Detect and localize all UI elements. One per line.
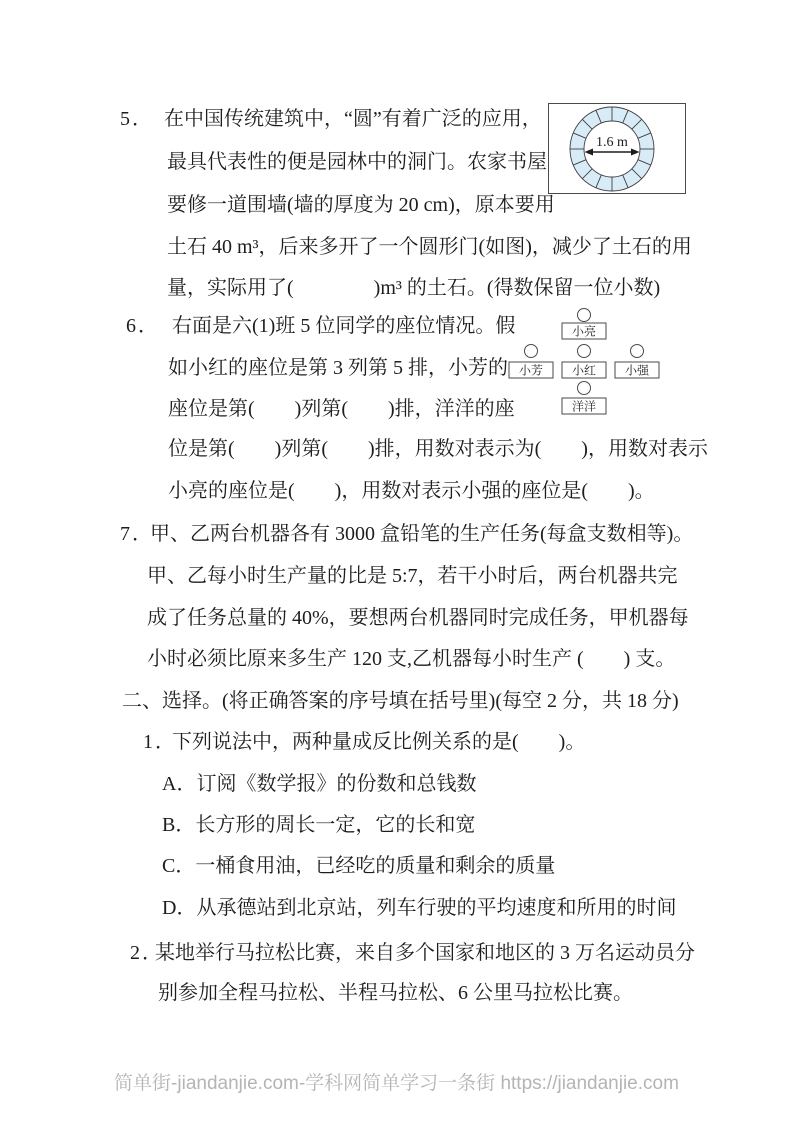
seat-diagram: 小亮 小芳 小红 小强 洋洋	[500, 300, 700, 422]
door-figure: 1.6 m	[548, 103, 686, 194]
q6-line-4: 位是第( )列第( )排，用数对表示为( )，用数对表示	[168, 436, 708, 462]
c2-line-2: 别参加全程马拉松、半程马拉松、6 公里马拉松比赛。	[158, 980, 633, 1006]
q5-line-4: 土石 40 m³，后来多开了一个圆形门(如图)，减少了土石的用	[167, 234, 692, 260]
c1-choice-d: D．从承德站到北京站，列车行驶的平均速度和所用的时间	[162, 895, 676, 921]
q5-line-3: 要修一道围墙(墙的厚度为 20 cm)，原本要用	[167, 192, 555, 218]
q6-line-2: 如小红的座位是第 3 列第 5 排，小芳的	[168, 355, 508, 381]
door-diameter-label: 1.6 m	[596, 135, 628, 150]
q6-line-1: 右面是六(1)班 5 位同学的座位情况。假	[172, 313, 515, 339]
q5-line-5: 量，实际用了( )m³ 的土石。(得数保留一位小数)	[167, 275, 660, 301]
q6-line-3: 座位是第( )列第( )排，洋洋的座	[168, 396, 515, 422]
seat-label-xiaohong: 小红	[572, 364, 596, 378]
q5-line-1: 在中国传统建筑中，“圆”有着广泛的应用，	[164, 106, 542, 132]
exam-page: 5． 在中国传统建筑中，“圆”有着广泛的应用， 最具代表性的便是园林中的洞门。农…	[0, 0, 793, 1122]
q7-line-3: 成了任务总量的 40%，要想两台机器同时完成任务，甲机器每	[147, 605, 689, 631]
seat-circle	[525, 345, 538, 358]
q5-line-2: 最具代表性的便是园林中的洞门。农家书屋	[167, 149, 547, 175]
seat-label-xiaoliang: 小亮	[572, 325, 596, 339]
c2-line-1: 某地举行马拉松比赛，来自多个国家和地区的 3 万名运动员分	[155, 940, 695, 966]
c1-choice-b: B．长方形的周长一定，它的长和宽	[162, 812, 475, 838]
c1-choice-a: A．订阅《数学报》的份数和总钱数	[162, 771, 476, 797]
q6-line-5: 小亮的座位是( )，用数对表示小强的座位是( )。	[168, 478, 655, 504]
q7-line-4: 小时必须比原来多生产 120 支,乙机器每小时生产 ( ) 支。	[147, 646, 675, 672]
section2-header: 二、选择。(将正确答案的序号填在括号里)(每空 2 分，共 18 分)	[122, 688, 679, 714]
q7-number: 7．	[120, 521, 154, 547]
seat-circle	[578, 309, 591, 322]
seat-label-xiaoqiang: 小强	[625, 364, 650, 378]
c1-text: 下列说法中，两种量成反比例关系的是( )。	[172, 729, 585, 755]
c1-choice-c: C．一桶食用油，已经吃的质量和剩余的质量	[162, 853, 555, 879]
footer-watermark: 简单街-jiandanjie.com-学科网简单学习一条街 https://ji…	[0, 1068, 793, 1095]
q5-number: 5．	[120, 106, 154, 132]
seat-circle	[578, 382, 591, 395]
q7-line-2: 甲、乙每小时生产量的比是 5:7，若干小时后，两台机器共完	[147, 563, 678, 589]
seat-circle	[578, 345, 591, 358]
q6-number: 6．	[126, 313, 160, 339]
seat-label-xiaofang: 小芳	[519, 364, 543, 378]
q7-line-1: 甲、乙两台机器各有 3000 盒铅笔的生产任务(每盒支数相等)。	[150, 521, 693, 547]
seat-circle	[631, 345, 644, 358]
seat-label-yangyang: 洋洋	[572, 400, 596, 414]
